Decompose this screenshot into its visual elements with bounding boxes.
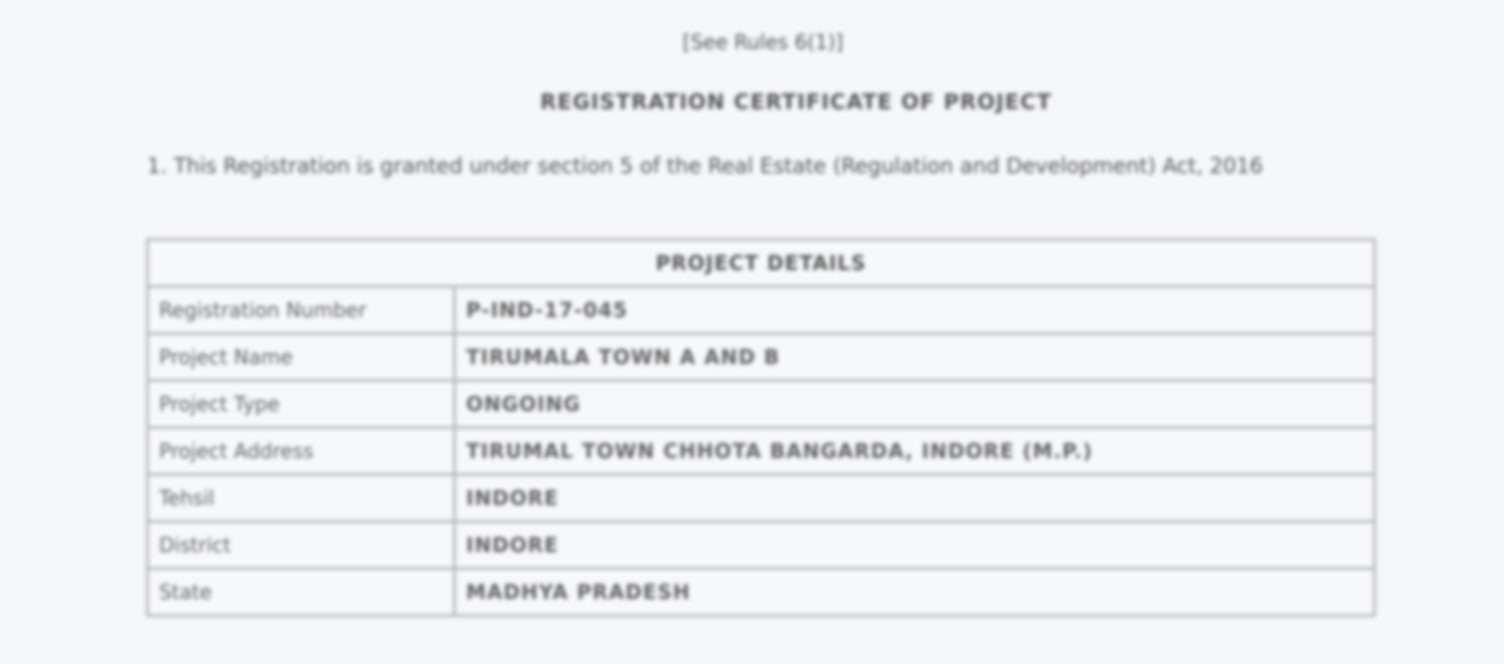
row-value-registration-number: P-IND-17-045: [455, 287, 1375, 334]
table-header: PROJECT DETAILS: [148, 240, 1375, 287]
project-details-table: PROJECT DETAILS Registration Number P-IN…: [146, 238, 1376, 617]
row-value-project-type: ONGOING: [455, 381, 1375, 428]
row-value-state: MADHYA PRADESH: [455, 569, 1375, 616]
table-row: Project Address TIRUMAL TOWN CHHOTA BANG…: [148, 428, 1375, 475]
row-label-registration-number: Registration Number: [148, 287, 455, 334]
document-page: [See Rules 6(1)] REGISTRATION CERTIFICAT…: [0, 0, 1504, 664]
rules-reference: [See Rules 6(1)]: [0, 30, 1504, 54]
row-label-district: District: [148, 522, 455, 569]
table-row: Project Type ONGOING: [148, 381, 1375, 428]
row-value-district: INDORE: [455, 522, 1375, 569]
row-value-project-address: TIRUMAL TOWN CHHOTA BANGARDA, INDORE (M.…: [455, 428, 1375, 475]
row-value-project-name: TIRUMALA TOWN A AND B: [455, 334, 1375, 381]
certificate-title: REGISTRATION CERTIFICATE OF PROJECT: [0, 90, 1504, 114]
row-label-project-name: Project Name: [148, 334, 455, 381]
table-row: Registration Number P-IND-17-045: [148, 287, 1375, 334]
table-row: Tehsil INDORE: [148, 475, 1375, 522]
table-row: District INDORE: [148, 522, 1375, 569]
row-label-project-address: Project Address: [148, 428, 455, 475]
registration-paragraph: 1. This Registration is granted under se…: [147, 150, 1379, 182]
row-value-tehsil: INDORE: [455, 475, 1375, 522]
table-row: State MADHYA PRADESH: [148, 569, 1375, 616]
row-label-state: State: [148, 569, 455, 616]
row-label-tehsil: Tehsil: [148, 475, 455, 522]
table-row: Project Name TIRUMALA TOWN A AND B: [148, 334, 1375, 381]
row-label-project-type: Project Type: [148, 381, 455, 428]
